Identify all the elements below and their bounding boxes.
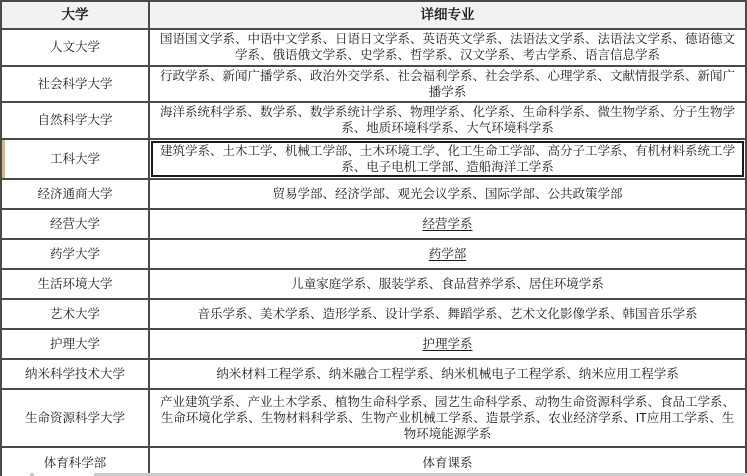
- majors-cell: 产业建筑学系、产业土木学系、植物生命科学系、园艺生命科学系、动物生命资源科学系、…: [149, 389, 746, 447]
- cell-selection-border: 建筑学系、土木工学、机械工学部、土木环境工学、化工生命工学部、高分子工学系、有机…: [151, 141, 744, 178]
- majors-text: 纳米材料工程学系、纳米融合工程学系、纳米机械电子工程学系、纳米应用工程学系: [216, 367, 679, 381]
- majors-cell: 儿童家庭学系、服装学系、食品营养学系、居住环境学系: [149, 269, 746, 299]
- majors-text: 音乐学系、美术学系、造形学系、设计学系、舞蹈学系、艺术文化影像学系、韩国音乐学系: [197, 307, 697, 321]
- table-row: 经营大学 经营学系: [1, 209, 746, 239]
- majors-text: 海洋系统科学系、数学系、数学系统计学系、物理学系、化学系、生命科学系、微生物学系…: [160, 105, 735, 135]
- university-cell: 自然科学大学: [1, 102, 149, 139]
- university-cell: 经营大学: [1, 209, 149, 239]
- majors-text: 贸易学部、经济学部、观光会议学系、国际学部、公共政策学部: [272, 187, 622, 201]
- university-cell: 工科大学: [1, 139, 149, 180]
- university-cell: 生命资源科学大学: [1, 389, 149, 447]
- majors-cell: 体育课系: [149, 447, 746, 476]
- table-row-selected: 工科大学 建筑学系、土木工学、机械工学部、土木环境工学、化工生命工学部、高分子工…: [1, 139, 746, 180]
- table-row: 经济通商大学 贸易学部、经济学部、观光会议学系、国际学部、公共政策学部: [1, 179, 746, 209]
- university-cell: 药学大学: [1, 239, 149, 269]
- majors-text: 儿童家庭学系、服装学系、食品营养学系、居住环境学系: [291, 277, 604, 291]
- majors-cell: 音乐学系、美术学系、造形学系、设计学系、舞蹈学系、艺术文化影像学系、韩国音乐学系: [149, 299, 746, 329]
- majors-cell: 护理学系: [149, 329, 746, 359]
- majors-text: 建筑学系、土木工学、机械工学部、土木环境工学、化工生命工学部、高分子工学系、有机…: [156, 143, 739, 176]
- university-majors-table: 大学 详细专业 人文大学 国语国文学系、中语中文学系、日语日文学系、英语英文学系…: [0, 0, 747, 476]
- university-cell: 护理大学: [1, 329, 149, 359]
- university-cell: 体育科学部: [1, 447, 149, 476]
- majors-cell: 药学部: [149, 239, 746, 269]
- table-row: 生命资源科学大学 产业建筑学系、产业土木学系、植物生命科学系、园艺生命科学系、动…: [1, 389, 746, 447]
- majors-cell-selected[interactable]: 建筑学系、土木工学、机械工学部、土木环境工学、化工生命工学部、高分子工学系、有机…: [149, 139, 746, 180]
- majors-cell: 国语国文学系、中语中文学系、日语日文学系、英语英文学系、法语法文学系、法语法文学…: [149, 29, 746, 66]
- majors-cell: 贸易学部、经济学部、观光会议学系、国际学部、公共政策学部: [149, 179, 746, 209]
- major-link[interactable]: 药学部: [429, 247, 467, 261]
- university-cell: 艺术大学: [1, 299, 149, 329]
- university-cell: 生活环境大学: [1, 269, 149, 299]
- table-row: 药学大学 药学部: [1, 239, 746, 269]
- header-university: 大学: [1, 1, 149, 29]
- university-cell: 社会科学大学: [1, 66, 149, 103]
- majors-text: 行政学系、新闻广播学系、政治外交学系、社会福利学系、社会学系、心理学系、文献情报…: [160, 69, 735, 99]
- university-cell: 经济通商大学: [1, 179, 149, 209]
- header-majors: 详细专业: [149, 1, 746, 29]
- table-row: 人文大学 国语国文学系、中语中文学系、日语日文学系、英语英文学系、法语法文学系、…: [1, 29, 746, 66]
- majors-cell: 行政学系、新闻广播学系、政治外交学系、社会福利学系、社会学系、心理学系、文献情报…: [149, 66, 746, 103]
- majors-text: 国语国文学系、中语中文学系、日语日文学系、英语英文学系、法语法文学系、法语法文学…: [160, 32, 735, 62]
- majors-text: 体育课系: [422, 456, 472, 470]
- majors-text: 产业建筑学系、产业土木学系、植物生命科学系、园艺生命科学系、动物生命资源科学系、…: [160, 395, 735, 442]
- table-row: 护理大学 护理学系: [1, 329, 746, 359]
- table-row: 社会科学大学 行政学系、新闻广播学系、政治外交学系、社会福利学系、社会学系、心理…: [1, 66, 746, 103]
- table-row: 纳米科学技术大学 纳米材料工程学系、纳米融合工程学系、纳米机械电子工程学系、纳米…: [1, 359, 746, 389]
- major-link[interactable]: 经营学系: [422, 217, 472, 231]
- table-row: 艺术大学 音乐学系、美术学系、造形学系、设计学系、舞蹈学系、艺术文化影像学系、韩…: [1, 299, 746, 329]
- majors-cell: 海洋系统科学系、数学系、数学系统计学系、物理学系、化学系、生命科学系、微生物学系…: [149, 102, 746, 139]
- page: 大学 详细专业 人文大学 国语国文学系、中语中文学系、日语日文学系、英语英文学系…: [0, 0, 747, 476]
- row-selection-marker: [2, 140, 5, 179]
- table-row: 生活环境大学 儿童家庭学系、服装学系、食品营养学系、居住环境学系: [1, 269, 746, 299]
- university-cell: 纳米科学技术大学: [1, 359, 149, 389]
- header-row: 大学 详细专业: [1, 1, 746, 29]
- majors-cell: 经营学系: [149, 209, 746, 239]
- majors-cell: 纳米材料工程学系、纳米融合工程学系、纳米机械电子工程学系、纳米应用工程学系: [149, 359, 746, 389]
- table-row: 体育科学部 体育课系: [1, 447, 746, 476]
- university-cell: 人文大学: [1, 29, 149, 66]
- table-row: 自然科学大学 海洋系统科学系、数学系、数学系统计学系、物理学系、化学系、生命科学…: [1, 102, 746, 139]
- major-link[interactable]: 护理学系: [422, 337, 472, 351]
- university-text: 工科大学: [50, 152, 100, 166]
